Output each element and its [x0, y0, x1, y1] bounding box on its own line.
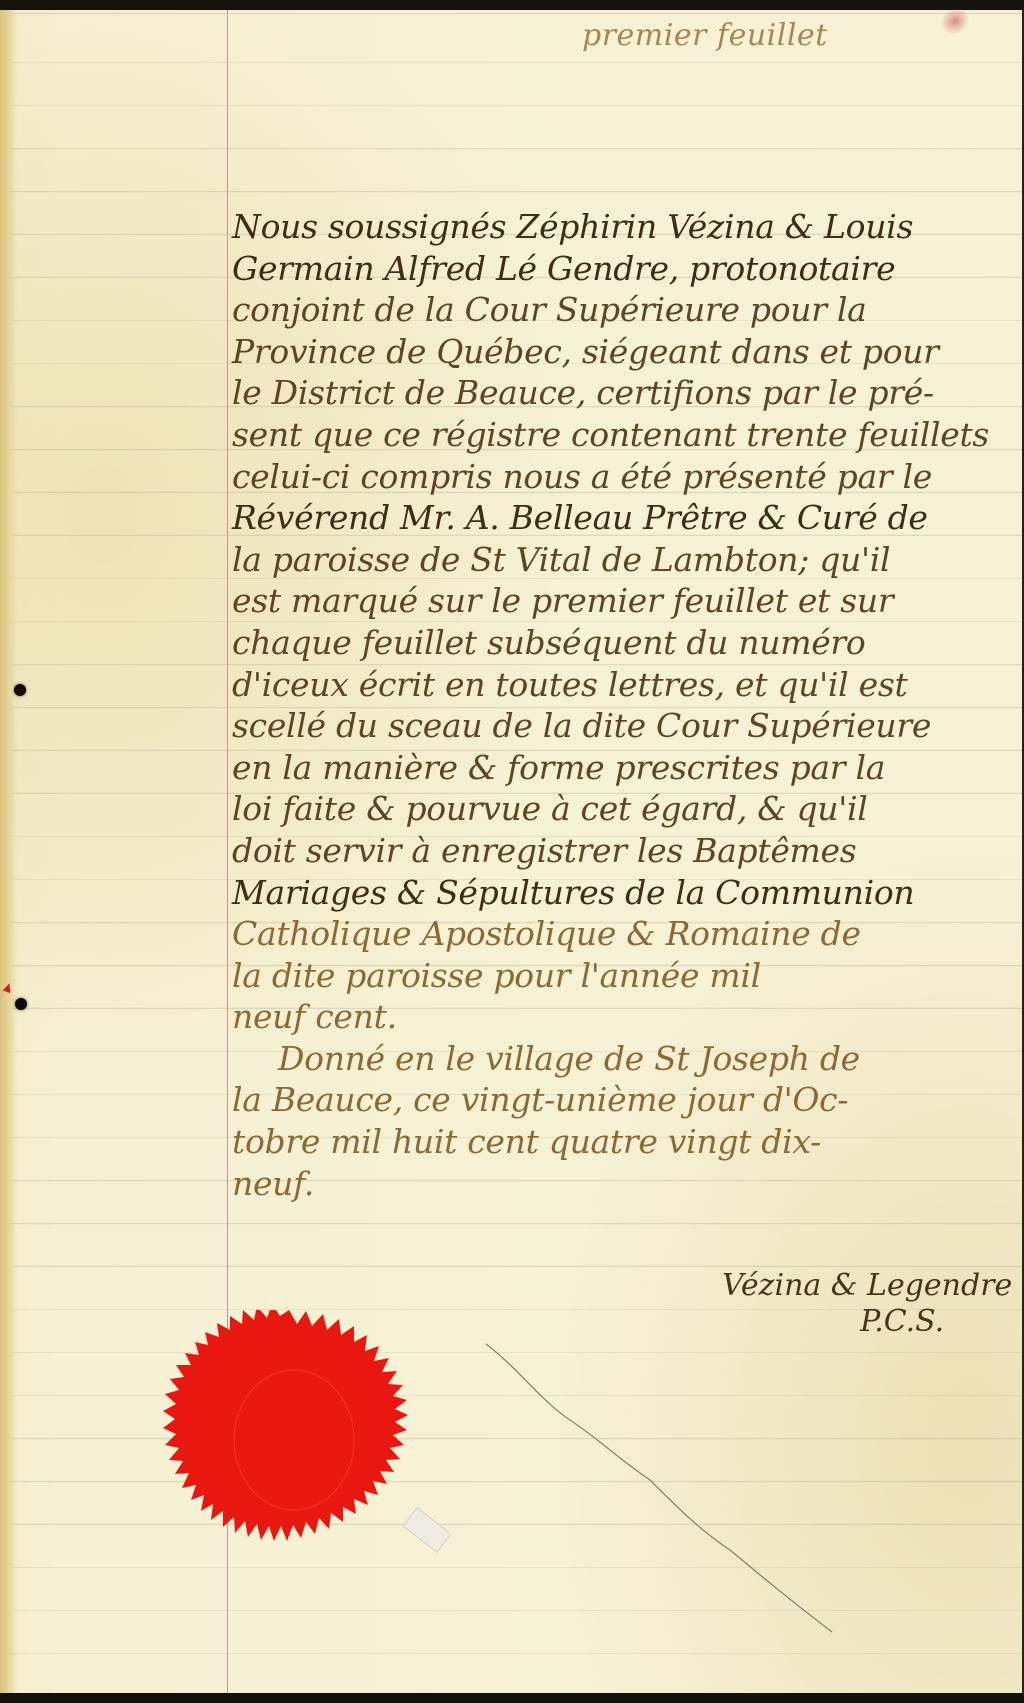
page-header-note: premier feuillet	[582, 18, 828, 53]
body-line: Province de Québec, siégeant dans et pou…	[232, 331, 1022, 373]
signature-name: Vézina & Legendre	[722, 1268, 1012, 1303]
binding-hole-upper	[14, 684, 26, 696]
body-line: d'iceux écrit en toutes lettres, et qu'i…	[232, 664, 1022, 706]
closing-line: Donné en le village de St Joseph de	[232, 1038, 1022, 1080]
body-line: la paroisse de St Vital de Lambton; qu'i…	[232, 539, 1022, 581]
red-seal-icon	[144, 1310, 434, 1600]
body-line: le District de Beauce, certifions par le…	[232, 372, 1022, 414]
body-line: Nous soussignés Zéphirin Vézina & Louis	[232, 206, 1022, 248]
body-line: conjoint de la Cour Supérieure pour la	[232, 289, 1022, 331]
scan-bottom-edge	[0, 1693, 1024, 1703]
body-line: la dite paroisse pour l'année mil	[232, 955, 1022, 997]
certificate-body: Nous soussignés Zéphirin Vézina & Louis …	[232, 206, 1022, 1204]
body-line: celui-ci compris nous a été présenté par…	[232, 456, 1022, 498]
body-line: Révérend Mr. A. Belleau Prêtre & Curé de	[232, 497, 1022, 539]
body-line: sent que ce régistre contenant trente fe…	[232, 414, 1022, 456]
body-line: est marqué sur le premier feuillet et su…	[232, 580, 1022, 622]
page-edge-stain	[0, 10, 16, 1693]
body-line: loi faite & pourvue à cet égard, & qu'il	[232, 788, 1022, 830]
body-line: scellé du sceau de la dite Cour Supérieu…	[232, 705, 1022, 747]
body-line: en la manière & forme prescrites par la	[232, 747, 1022, 789]
signature-block: Vézina & Legendre P.C.S.	[722, 1268, 1012, 1340]
body-line: doit servir à enregistrer les Baptêmes	[232, 830, 1022, 872]
body-line: Catholique Apostolique & Romaine de	[232, 913, 1022, 955]
binding-hole-lower	[15, 998, 27, 1010]
body-line: chaque feuillet subséquent du numéro	[232, 622, 1022, 664]
signature-title: P.C.S.	[722, 1304, 1012, 1340]
body-line: Germain Alfred Lé Gendre, protonotaire	[232, 248, 1022, 290]
closing-line: tobre mil huit cent quatre vingt dix-	[232, 1121, 1022, 1163]
closing-line: neuf.	[232, 1163, 1022, 1205]
body-line: neuf cent.	[232, 996, 1022, 1038]
closing-line: la Beauce, ce vingt-unième jour d'Oc-	[232, 1079, 1022, 1121]
paper-crease	[480, 1340, 840, 1640]
body-line: Mariages & Sépultures de la Communion	[232, 872, 1022, 914]
